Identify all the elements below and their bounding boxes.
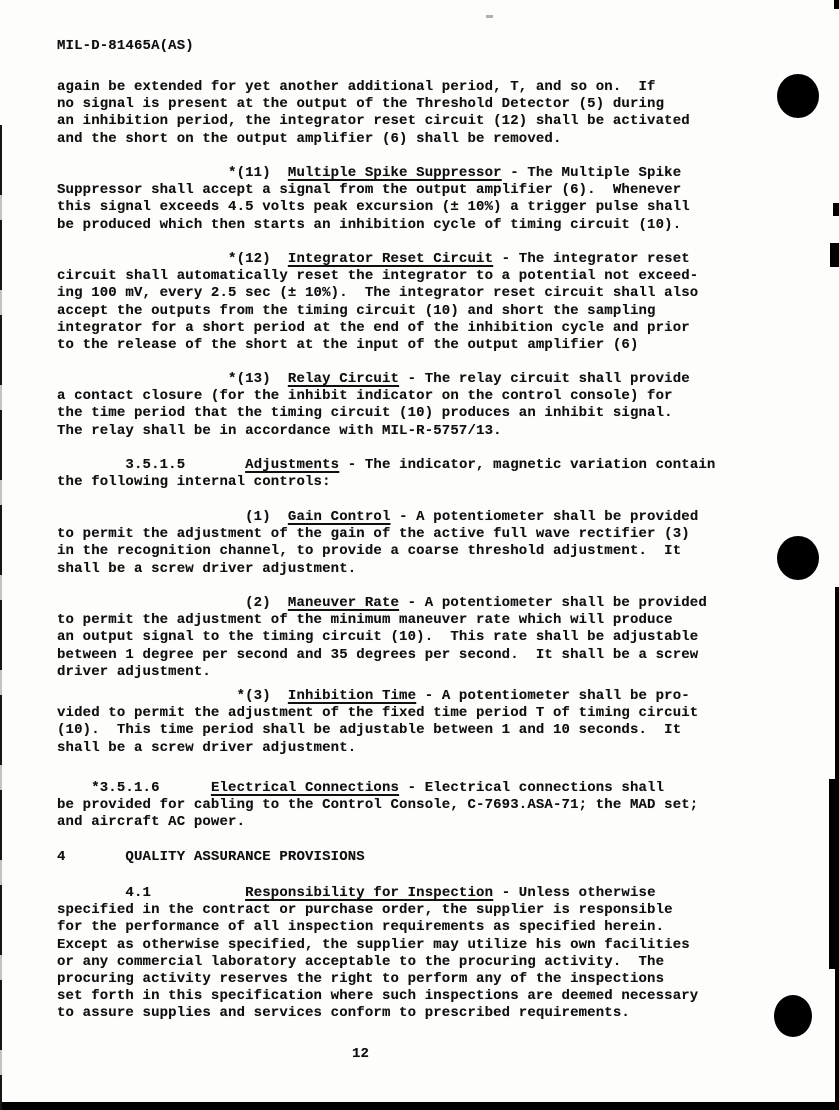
text-segment: shall be a screw driver adjustment. — [57, 561, 356, 577]
text-segment: driver adjustment. — [57, 664, 211, 680]
document-line: to the release of the short at the input… — [57, 337, 698, 354]
document-line: (1) Gain Control - A potentiometer shall… — [57, 509, 698, 526]
document-line: (10). This time period shall be adjustab… — [57, 722, 698, 739]
text-segment: The relay shall be in accordance with MI… — [57, 423, 502, 439]
document-line: driver adjustment. — [57, 664, 707, 681]
document-line: a contact closure (for the inhibit indic… — [57, 388, 690, 405]
document-page: MIL-D-81465A(AS) again be extended for y… — [0, 0, 839, 1110]
right-edge-bulge — [829, 779, 839, 969]
text-segment: - Unless otherwise — [493, 885, 655, 901]
para-41-responsibility-for-inspection: 4.1 Responsibility for Inspection - Unle… — [57, 885, 698, 1023]
text-segment: and aircraft AC power. — [57, 814, 245, 830]
text-segment: to assure supplies and services conform … — [57, 1005, 630, 1021]
document-line: ing 100 mV, every 2.5 sec (± 10%). The i… — [57, 285, 698, 302]
text-segment: *(11) — [57, 165, 288, 181]
document-line: for the performance of all inspection re… — [57, 919, 698, 936]
underlined-heading: Multiple Spike Suppressor — [288, 165, 502, 181]
para-3516-electrical-connections: *3.5.1.6 Electrical Connections - Electr… — [57, 780, 698, 832]
text-segment: or any commercial laboratory acceptable … — [57, 954, 664, 970]
para-13-relay-circuit: *(13) Relay Circuit - The relay circuit … — [57, 371, 690, 440]
document-line: again be extended for yet another additi… — [57, 79, 690, 96]
document-line: between 1 degree per second and 35 degre… — [57, 647, 707, 664]
document-line: *(13) Relay Circuit - The relay circuit … — [57, 371, 690, 388]
text-segment: set forth in this specification where su… — [57, 988, 698, 1004]
binding-hole-bottom — [774, 995, 812, 1037]
document-line: accept the outputs from the timing circu… — [57, 303, 698, 320]
text-segment: to the release of the short at the input… — [57, 337, 639, 353]
text-segment: in the recognition channel, to provide a… — [57, 543, 681, 559]
underlined-heading: Inhibition Time — [288, 688, 416, 704]
text-segment: to permit the adjustment of the gain of … — [57, 526, 690, 542]
document-line: in the recognition channel, to provide a… — [57, 543, 698, 560]
document-line: an inhibition period, the integrator res… — [57, 113, 690, 130]
document-line: and aircraft AC power. — [57, 814, 698, 831]
text-segment: be produced which then starts an inhibit… — [57, 217, 681, 233]
underlined-heading: Integrator Reset Circuit — [288, 251, 493, 267]
text-segment: the time period that the timing circuit … — [57, 405, 673, 421]
text-segment: again be extended for yet another additi… — [57, 79, 656, 95]
top-speck — [486, 15, 493, 18]
text-segment: the following internal controls: — [57, 474, 331, 490]
document-line: no signal is present at the output of th… — [57, 96, 690, 113]
binding-hole-middle — [777, 536, 819, 580]
document-line: an output signal to the timing circuit (… — [57, 629, 707, 646]
text-segment: an inhibition period, the integrator res… — [57, 113, 690, 129]
underlined-heading: Responsibility for Inspection — [245, 885, 493, 901]
text-segment: - A potentiometer shall be provided — [391, 509, 699, 525]
document-line: Suppressor shall accept a signal from th… — [57, 182, 690, 199]
document-line: *(3) Inhibition Time - A potentiometer s… — [57, 688, 698, 705]
text-segment: *(12) — [57, 251, 288, 267]
text-segment: and the short on the output amplifier (6… — [57, 131, 562, 147]
document-line: to assure supplies and services conform … — [57, 1005, 698, 1022]
text-segment: between 1 degree per second and 35 degre… — [57, 647, 698, 663]
text-segment: 4 QUALITY ASSURANCE PROVISIONS — [57, 849, 365, 865]
para-3-inhibition-time: *(3) Inhibition Time - A potentiometer s… — [57, 688, 698, 757]
underlined-heading: Electrical Connections — [211, 780, 399, 796]
document-line: and the short on the output amplifier (6… — [57, 131, 690, 148]
document-line: to permit the adjustment of the minimum … — [57, 612, 707, 629]
document-line: shall be a screw driver adjustment. — [57, 561, 698, 578]
page-number: 12 — [352, 1046, 369, 1062]
text-segment: accept the outputs from the timing circu… — [57, 303, 656, 319]
text-segment: (1) — [57, 509, 288, 525]
text-segment: an output signal to the timing circuit (… — [57, 629, 698, 645]
text-segment: - The Multiple Spike — [502, 165, 682, 181]
text-segment: - A potentiometer shall be pro- — [416, 688, 690, 704]
document-line: 4 QUALITY ASSURANCE PROVISIONS — [57, 849, 365, 866]
document-line: 4.1 Responsibility for Inspection - Unle… — [57, 885, 698, 902]
text-segment: - The integrator reset — [493, 251, 690, 267]
text-segment: 3.5.1.5 — [57, 457, 245, 473]
bottom-edge-bar — [0, 1102, 839, 1110]
document-line: *3.5.1.6 Electrical Connections - Electr… — [57, 780, 698, 797]
left-edge-line — [0, 125, 2, 1110]
right-mark-small — [833, 203, 839, 216]
underlined-heading: Gain Control — [288, 509, 391, 525]
text-segment: - A potentiometer shall be provided — [399, 595, 707, 611]
para-11-multiple-spike-suppressor: *(11) Multiple Spike Suppressor - The Mu… — [57, 165, 690, 234]
document-line: the following internal controls: — [57, 474, 715, 491]
underlined-heading: Maneuver Rate — [288, 595, 399, 611]
para-1-gain-control: (1) Gain Control - A potentiometer shall… — [57, 509, 698, 578]
document-line: integrator for a short period at the end… — [57, 320, 698, 337]
text-segment: to permit the adjustment of the minimum … — [57, 612, 673, 628]
text-segment: for the performance of all inspection re… — [57, 919, 664, 935]
document-line: to permit the adjustment of the gain of … — [57, 526, 698, 543]
para-2-maneuver-rate: (2) Maneuver Rate - A potentiometer shal… — [57, 595, 707, 681]
top-right-tick — [834, 0, 839, 9]
text-segment: - Electrical connections shall — [399, 780, 664, 796]
text-segment: - The indicator, magnetic variation cont… — [339, 457, 715, 473]
text-segment: - The relay circuit shall provide — [399, 371, 690, 387]
text-segment: *(3) — [57, 688, 288, 704]
document-line: vided to permit the adjustment of the fi… — [57, 705, 698, 722]
text-segment: circuit shall automatically reset the in… — [57, 268, 698, 284]
text-segment: this signal exceeds 4.5 volts peak excur… — [57, 199, 690, 215]
text-segment: a contact closure (for the inhibit indic… — [57, 388, 673, 404]
document-line: Except as otherwise specified, the suppl… — [57, 937, 698, 954]
para-continuation: again be extended for yet another additi… — [57, 79, 690, 148]
document-line: 3.5.1.5 Adjustments - The indicator, mag… — [57, 457, 715, 474]
text-segment: ing 100 mV, every 2.5 sec (± 10%). The i… — [57, 285, 698, 301]
document-line: procuring activity reserves the right to… — [57, 971, 698, 988]
text-segment: *(13) — [57, 371, 288, 387]
document-line: set forth in this specification where su… — [57, 988, 698, 1005]
document-line: be produced which then starts an inhibit… — [57, 217, 690, 234]
document-line: or any commercial laboratory acceptable … — [57, 954, 698, 971]
document-line: specified in the contract or purchase or… — [57, 902, 698, 919]
document-line: the time period that the timing circuit … — [57, 405, 690, 422]
para-12-integrator-reset-circuit: *(12) Integrator Reset Circuit - The int… — [57, 251, 698, 354]
document-line: (2) Maneuver Rate - A potentiometer shal… — [57, 595, 707, 612]
underlined-heading: Adjustments — [245, 457, 339, 473]
document-line: this signal exceeds 4.5 volts peak excur… — [57, 199, 690, 216]
text-segment: specified in the contract or purchase or… — [57, 902, 673, 918]
document-line: *(12) Integrator Reset Circuit - The int… — [57, 251, 698, 268]
document-line: The relay shall be in accordance with MI… — [57, 423, 690, 440]
document-line: shall be a screw driver adjustment. — [57, 740, 698, 757]
text-segment: 4.1 — [57, 885, 245, 901]
text-segment: no signal is present at the output of th… — [57, 96, 664, 112]
text-segment: be provided for cabling to the Control C… — [57, 797, 698, 813]
right-mark-large — [830, 243, 839, 267]
underlined-heading: Relay Circuit — [288, 371, 399, 387]
text-segment: (10). This time period shall be adjustab… — [57, 722, 681, 738]
text-segment: shall be a screw driver adjustment. — [57, 740, 356, 756]
para-4-quality-assurance: 4 QUALITY ASSURANCE PROVISIONS — [57, 849, 365, 866]
text-segment: procuring activity reserves the right to… — [57, 971, 664, 987]
para-3515-adjustments: 3.5.1.5 Adjustments - The indicator, mag… — [57, 457, 715, 491]
document-line: *(11) Multiple Spike Suppressor - The Mu… — [57, 165, 690, 182]
document-line: circuit shall automatically reset the in… — [57, 268, 698, 285]
text-segment: (2) — [57, 595, 288, 611]
document-header: MIL-D-81465A(AS) — [57, 38, 194, 55]
text-segment: vided to permit the adjustment of the fi… — [57, 705, 698, 721]
text-segment: integrator for a short period at the end… — [57, 320, 690, 336]
text-segment: *3.5.1.6 — [57, 780, 211, 796]
document-line: be provided for cabling to the Control C… — [57, 797, 698, 814]
text-segment: Suppressor shall accept a signal from th… — [57, 182, 681, 198]
binding-hole-top — [777, 74, 819, 118]
text-segment: Except as otherwise specified, the suppl… — [57, 937, 690, 953]
